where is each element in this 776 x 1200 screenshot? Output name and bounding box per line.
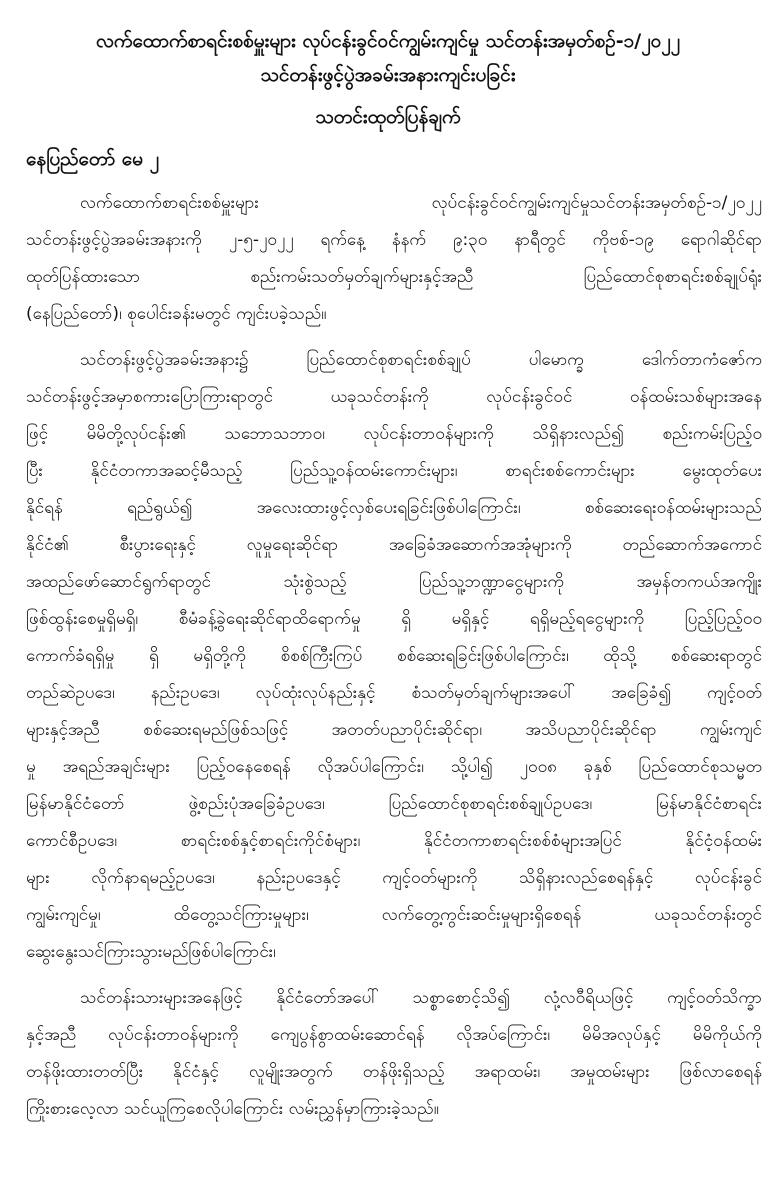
paragraph-line: မှု အရည်အချင်းများ ပြည့်ဝနေစေရန် လိုအပ်ပ… — [26, 754, 762, 780]
paragraph-line: နိုင်ငံ၏ စီးပွားရေးနှင့် လူမှုရေးဆိုင်ရာ… — [26, 532, 762, 558]
paragraph-line: တည်ဆဲဥပဒေ၊ နည်းဥပဒေ၊ လုပ်ထုံးလုပ်နည်းနှင… — [26, 680, 762, 706]
title-press-release: သတင်းထုတ်ပြန်ချက် — [0, 104, 776, 130]
paragraph-line: များ လိုက်နာရမည့်ဥပဒေ၊ နည်းဥပဒေနှင့် ကျင… — [26, 865, 762, 891]
paragraph-line: နိုင်ရန် ရည်ရွယ်၍ အလေးထားဖွင့်လှစ်ပေးရခြ… — [26, 495, 762, 521]
paragraph-line: ပြီး နိုင်ငံတကာအဆင့်မီသည့် ပြည်သူ့ဝန်ထမ်… — [26, 458, 762, 484]
paragraph-line: ဖြစ်ထွန်းစေမှုရှိမရှိ၊ စီမံခန့်ခွဲရေးဆို… — [26, 606, 762, 632]
paragraph-line: မြန်မာနိုင်ငံတော် ဖွဲ့စည်းပုံအခြေခံဥပဒေ၊… — [26, 791, 762, 817]
paragraph-line: သင်တန်းဖွင့်အမှာစကားပြောကြားရာတွင် ယခုသင… — [26, 384, 762, 410]
paragraph-line: ဆွေးနွေးသင်ကြားသွားမည်ဖြစ်ပါကြောင်း၊ — [26, 939, 762, 965]
paragraph-line: ကြိုးစားလေ့လာ သင်ယူကြစေလိုပါကြောင်း လမ်း… — [26, 1096, 762, 1122]
paragraph-line: အထည်ဖော်ဆောင်ရွက်ရာတွင် သုံးစွဲသည့် ပြည်… — [26, 569, 762, 595]
press-release-page: လက်ထောက်စာရင်းစစ်မှူးများ လုပ်ငန်းခွင်ဝင… — [0, 0, 776, 1200]
paragraph-line: တန်ဖိုးထားတတ်ပြီး နိုင်ငံနှင့် လူမျိုးအတ… — [26, 1059, 762, 1085]
paragraph-line: ကောက်ခံရရှိမှု ရှိ မရှိတို့ကို စိစစ်ကြီး… — [26, 643, 762, 669]
dateline: နေပြည်တော် မေ ၂ — [26, 146, 159, 172]
paragraph-line: သင်တန်းဖွင့်ပွဲအခမ်းအနားကို ၂-၅-၂၀၂၂ ရက်… — [26, 227, 762, 253]
title-course-name: လက်ထောက်စာရင်းစစ်မှူးများ လုပ်ငန်းခွင်ဝင… — [0, 28, 776, 54]
paragraph-line: ကောင်စီဥပဒေ၊ စာရင်းစစ်နှင့်စာရင်းကိုင်စံ… — [26, 828, 762, 854]
paragraph-line: သင်တန်းသားများအနေဖြင့် နိုင်ငံတော်အပေါ် … — [80, 985, 762, 1011]
paragraph-line: သင်တန်းဖွင့်ပွဲအခမ်းအနား၌ ပြည်ထောင်စုစာရ… — [80, 347, 762, 373]
paragraph-line: ကျွမ်းကျင်မှု၊ ထိတွေ့သင်ကြားမှုများ၊ လက်… — [26, 902, 762, 928]
paragraph-line: လက်ထောက်စာရင်းစစ်မှူးများ လုပ်ငန်းခွင်ဝင… — [80, 190, 762, 216]
paragraph-line: များနှင့်အညီ စစ်ဆေးရမည်ဖြစ်သဖြင့် အတတ်ပည… — [26, 717, 762, 743]
paragraph-line: (နေပြည်တော်)၊ စုပေါင်းခန်းမတွင် ကျင်းပခဲ… — [26, 301, 762, 327]
paragraph-line: နှင့်အညီ လုပ်ငန်းတာဝန်များကို ကျေပွန်စွာ… — [26, 1022, 762, 1048]
paragraph-line: ဖြင့် မိမိတို့လုပ်ငန်း၏ သဘောသဘာဝ၊ လုပ်ငန… — [26, 421, 762, 447]
paragraph-line: ထုတ်ပြန်ထားသော စည်းကမ်းသတ်မှတ်ချက်များနှ… — [26, 264, 762, 290]
title-opening-ceremony: သင်တန်းဖွင့်ပွဲအခမ်းအနားကျင်းပခြင်း — [0, 62, 776, 88]
